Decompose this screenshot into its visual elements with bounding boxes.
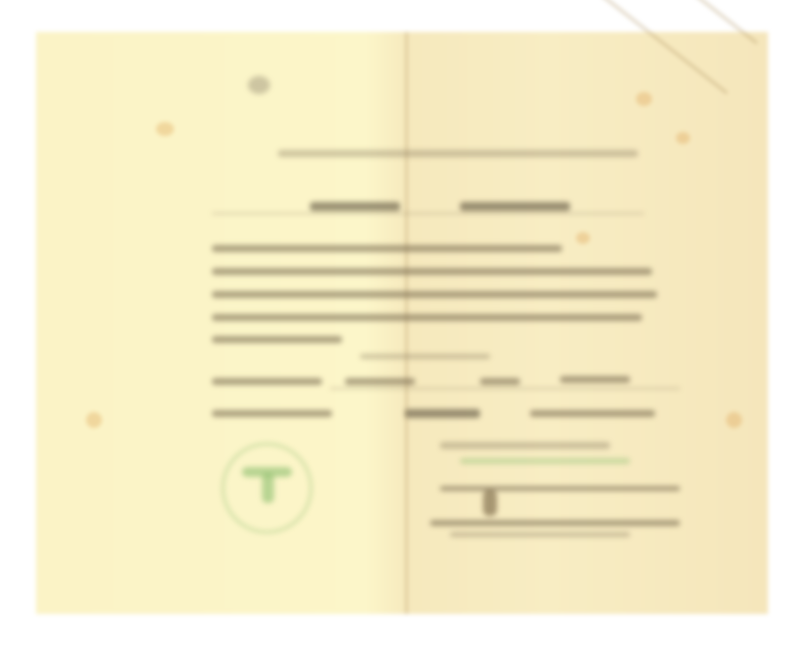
- body-line: [212, 314, 642, 321]
- detail-fill: [560, 376, 630, 383]
- name-text-1: [310, 202, 400, 211]
- detail-line-1: [212, 378, 322, 385]
- signature-line: [440, 486, 680, 491]
- name-underline: [212, 213, 644, 214]
- signature-mark: [483, 490, 497, 516]
- eagle-icon: [242, 467, 292, 507]
- centered-text: [illegible]: [0, 0, 1, 1]
- date-text: [illegible]: [0, 0, 1, 1]
- detail-fill: [345, 378, 415, 385]
- stamp-description: circular green eagle stamp: [0, 0, 1, 1]
- signature-line: [430, 520, 680, 526]
- detail-fill: [480, 378, 520, 385]
- body-line: [212, 245, 562, 252]
- body-line: [212, 268, 652, 275]
- detail-line-2-end: [530, 410, 655, 417]
- detail-text-2: [illegible]: [0, 0, 1, 1]
- detail-line-2-bold: [405, 409, 480, 418]
- eagle-stamp: [222, 443, 312, 533]
- body-line: [212, 336, 342, 343]
- signature-text: [illegible]: [0, 0, 1, 1]
- name-text: [illegible]: [0, 0, 1, 1]
- signature-line: [450, 532, 630, 537]
- centered-line: [360, 354, 490, 359]
- detail-line-2: [212, 410, 332, 417]
- name-text-2: [460, 202, 570, 211]
- green-ink-line: [460, 458, 630, 464]
- detail-underline: [330, 388, 680, 389]
- detail-text-1: [illegible]: [0, 0, 1, 1]
- header-text: [illegible]: [0, 0, 1, 1]
- date-line: [440, 442, 610, 449]
- corner-mark: [248, 76, 270, 94]
- header-line: [278, 150, 638, 157]
- body-text: [illegible]: [0, 0, 1, 1]
- document-content: [illegible] [illegible] [illegible] [ill…: [0, 0, 800, 646]
- body-line: [212, 291, 657, 298]
